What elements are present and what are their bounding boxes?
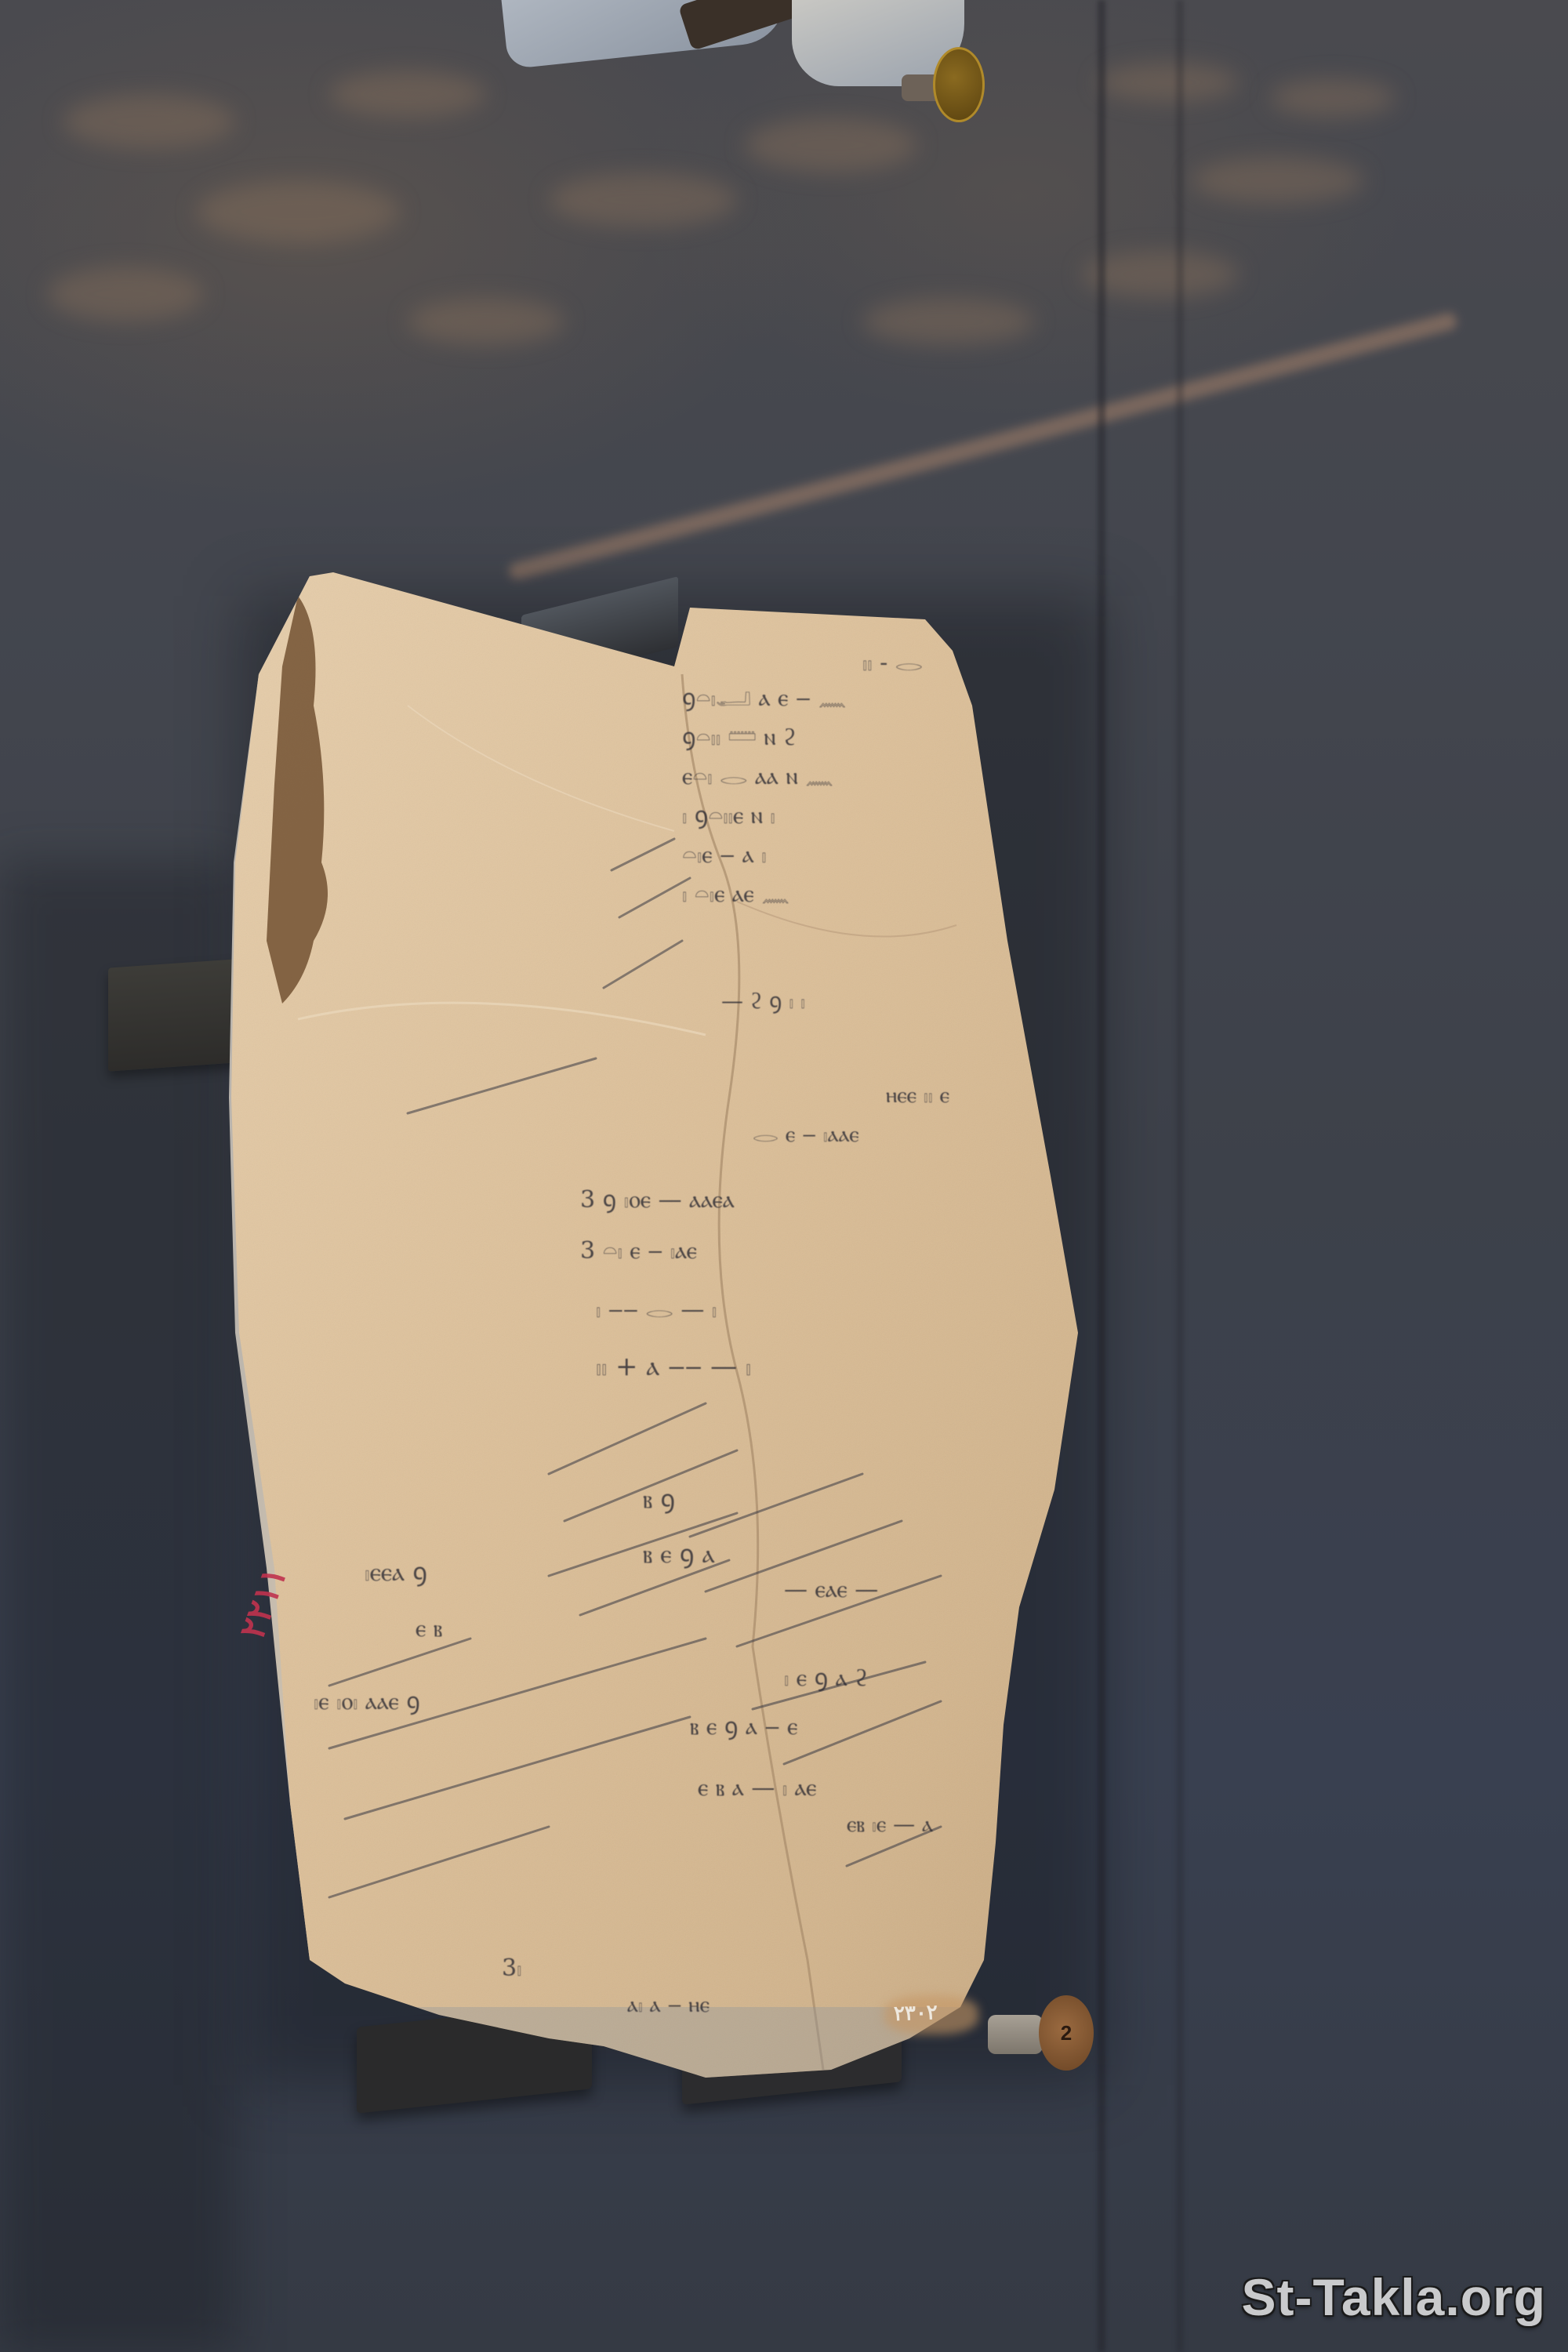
inscription-line: 𓏤𓏤 + ⲁ ‒‒ — 𓏤 <box>596 1341 751 1385</box>
inscription-line: ꝯ𓏏𓏤𓂝 ⲁ ⲉ ‒ 𓈖 <box>682 674 846 713</box>
inscription-line: ⲉ ⲃ <box>416 1615 442 1642</box>
inscription-line: 3 ꝯ 𓏤ⲟⲉ — ⲁⲁⲉⲁ <box>580 1176 735 1215</box>
inscription-line: ⲏⲉⲉ 𓏤𓏤 ⲉ <box>886 1074 949 1110</box>
knob-disc: 2 <box>1039 1995 1094 2071</box>
inscription-line: ⲉ𓏏𓏤 𓂋 ⲁⲁ ⲛ 𓈖 <box>682 753 833 792</box>
inventory-number: ٢٣٠٢ <box>893 2000 938 2026</box>
inscription-line: 𓏤 ꝯ𓏏𓏤𓏤ⲉ ⲛ 𓏤 <box>682 792 775 831</box>
ostracon-body <box>0 0 1568 2352</box>
inscription-line: 𓏤 ⲉ ꝯ ⲁ ϩ <box>784 1654 868 1693</box>
inscription-line: — ϩ ꝯ 𓏤 𓏤 <box>721 980 805 1016</box>
inscription-line: 𓏤ⲉ 𓏤ⲟ𓏤 ⲁⲁⲉ ꝯ <box>314 1678 420 1717</box>
inscription-line: ⲃ ⲉ ꝯ ⲁ ‒ ⲉ <box>690 1709 797 1741</box>
inscription-line: 3 𓏏𓏤 ⲉ ‒ 𓏤ⲁⲉ <box>580 1227 697 1266</box>
knob-stem <box>988 2015 1043 2054</box>
photo-scene: 𓏤𓏤 ‑ 𓂋 ꝯ𓏏𓏤𓂝 ⲁ ⲉ ‒ 𓈖 ꝯ𓏏𓏤𓏤 𓏠 ⲛ ϩ ⲉ𓏏𓏤 𓂋 ⲁⲁ … <box>0 0 1568 2352</box>
inscription-line: 𓏤 ‒‒ 𓂋 — 𓏤 <box>596 1286 717 1325</box>
inscription-line: 𓏏𓏤ⲉ ‒ ⲁ 𓏤 <box>682 831 767 870</box>
inscription-line: 𓂋 ⲉ ‒ 𓏤ⲁⲁⲉ <box>753 1113 859 1149</box>
brass-knob: 2 <box>988 1995 1105 2074</box>
inscription-line: ⲃ ⲉ ꝯ ⲁ <box>643 1537 715 1570</box>
watermark: St-Takla.org <box>1241 2267 1546 2327</box>
inscription-line: ⲁ𓏤 ⲁ ‒ ⲏⲉ <box>627 1984 710 2020</box>
inscription-line: ꝯ𓏏𓏤𓏤 𓏠 ⲛ ϩ <box>682 713 796 753</box>
knob-label: 2 <box>1061 2021 1072 2045</box>
inscription-line: ⲃ ꝯ <box>643 1482 675 1515</box>
inscription-line: — ⲉⲁⲉ — <box>784 1576 878 1603</box>
ostracon: 𓏤𓏤 ‑ 𓂋 ꝯ𓏏𓏤𓂝 ⲁ ⲉ ‒ 𓈖 ꝯ𓏏𓏤𓏤 𓏠 ⲛ ϩ ⲉ𓏏𓏤 𓂋 ⲁⲁ … <box>0 0 1568 2352</box>
inscription-line: 3𓏤 <box>502 1944 521 1984</box>
inscription-line: ⲉⲃ 𓏤ⲉ — ⲁ <box>847 1803 933 1839</box>
inscription-line: ⲉ ⲃ ⲁ — 𓏤 ⲁⲉ <box>698 1764 816 1803</box>
inscription-line: 𓏤ⲉⲉⲁ ꝯ <box>365 1548 427 1589</box>
inscription-line: 𓏤𓏤 ‑ 𓂋 <box>862 639 923 678</box>
inscription-line: 𓏤 𓏏𓏤ⲉ ⲁⲉ 𓈖 <box>682 870 789 909</box>
